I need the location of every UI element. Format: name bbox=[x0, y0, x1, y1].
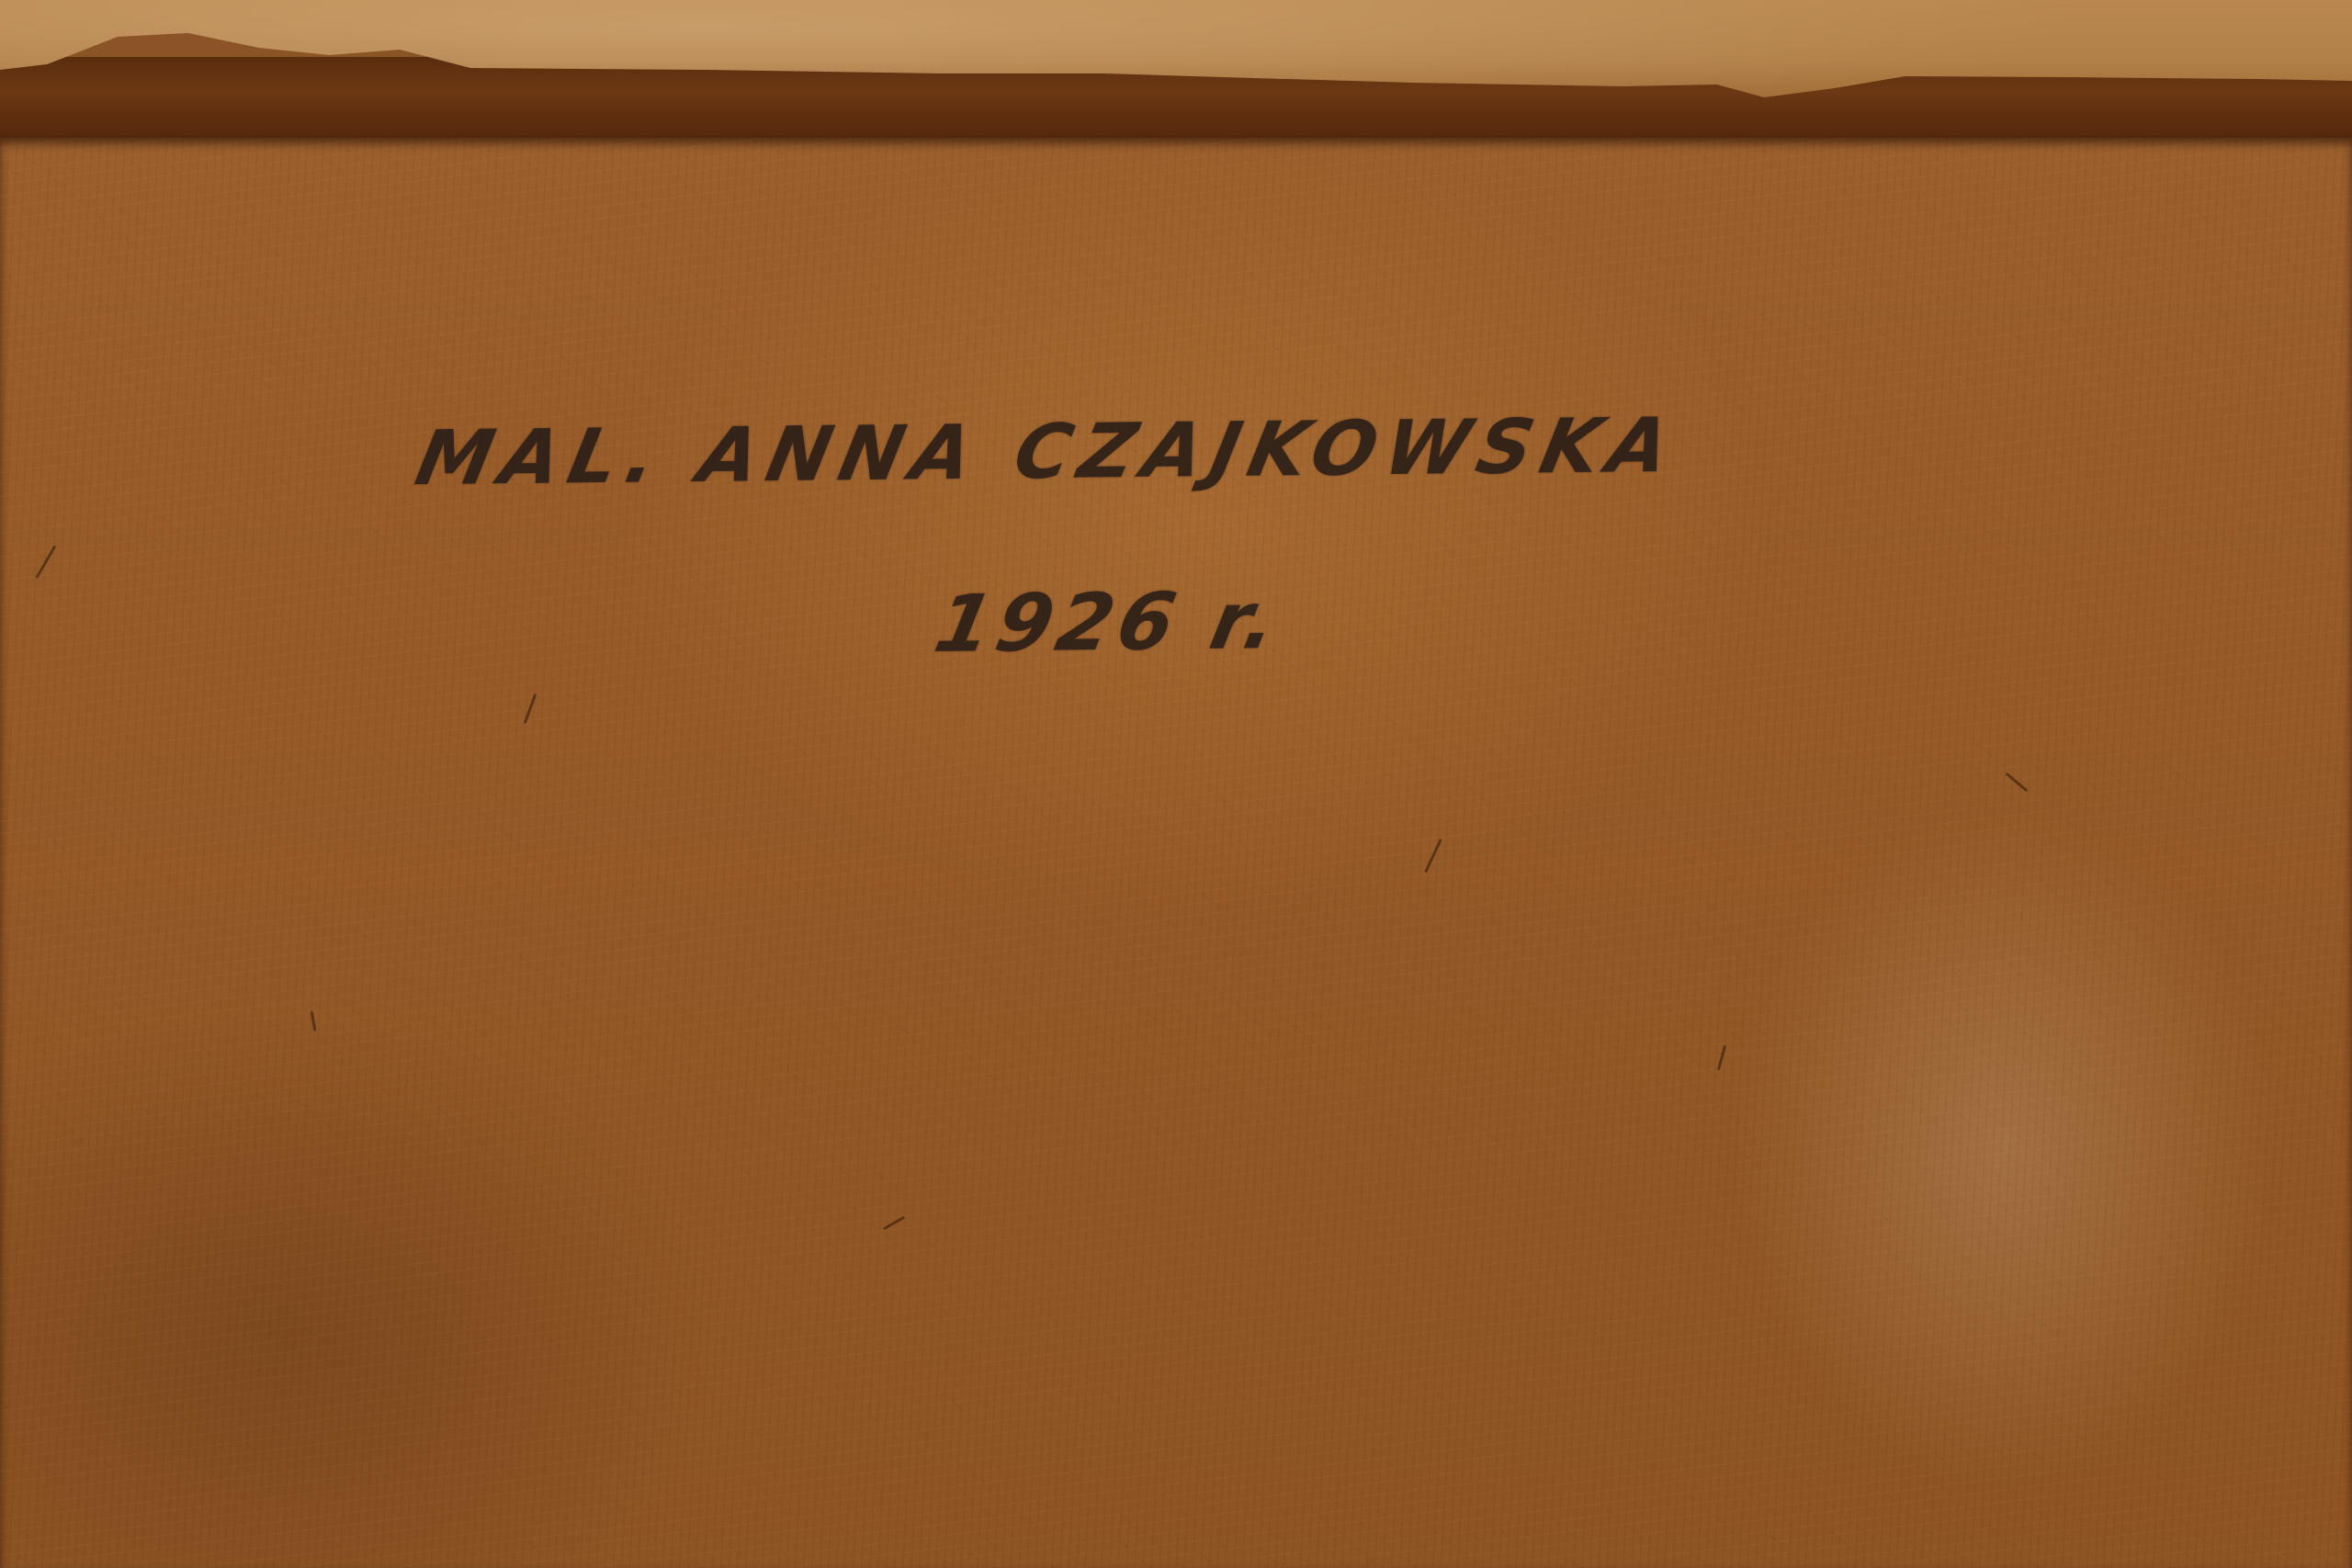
inscription-date: 1926 r. bbox=[927, 575, 1290, 671]
inscription-artist-name: MAL. ANNA CZAJKOWSKA bbox=[409, 402, 1686, 502]
photo-scene: MAL. ANNA CZAJKOWSKA 1926 r. bbox=[0, 0, 2352, 1568]
cardboard-panel bbox=[0, 138, 2352, 1568]
cardboard-texture bbox=[0, 138, 2352, 1568]
